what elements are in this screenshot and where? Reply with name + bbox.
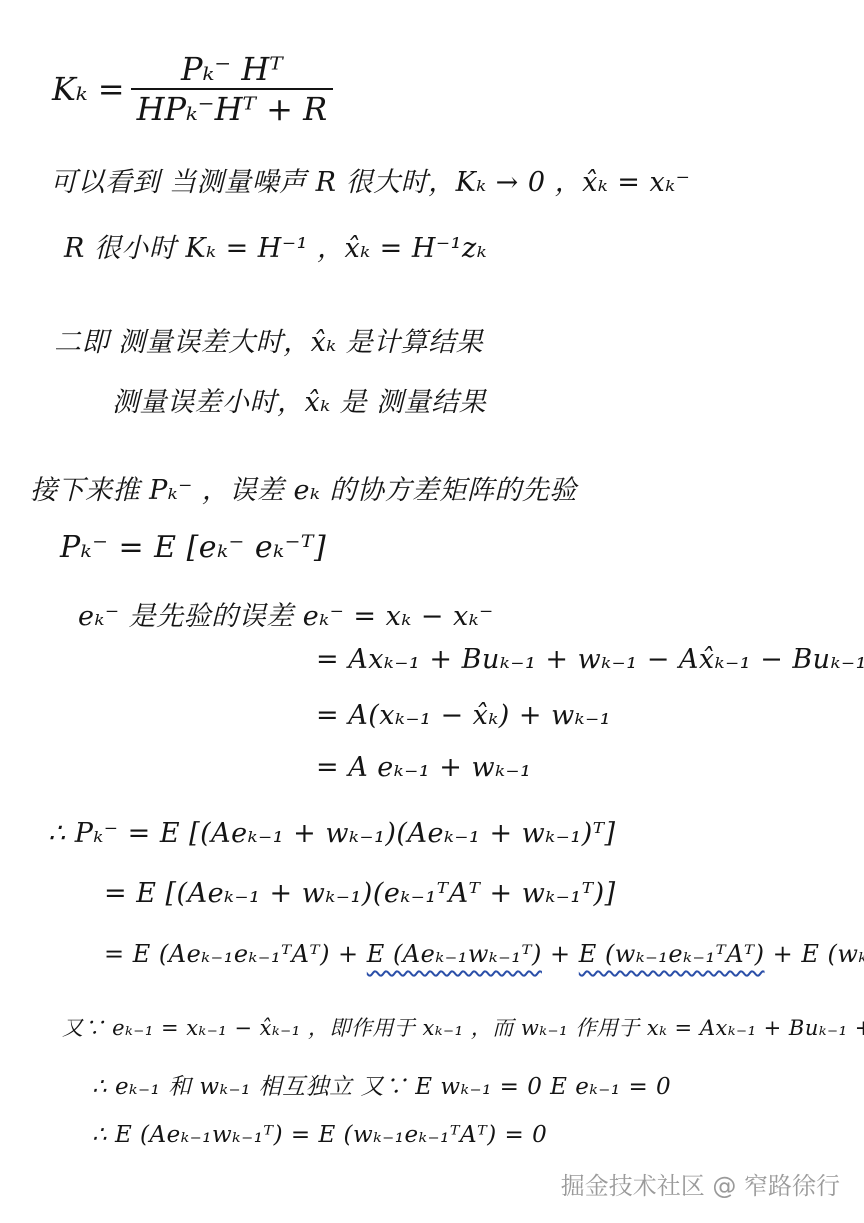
note-line-15: ∴ E (Aeₖ₋₁wₖ₋₁ᵀ) = E (wₖ₋₁eₖ₋₁ᵀAᵀ) = 0 xyxy=(92,1122,547,1148)
denominator: HPₖ⁻Hᵀ + R xyxy=(131,88,334,128)
expansion-line: = E (Aeₖ₋₁eₖ₋₁ᵀAᵀ) + E (Aeₖ₋₁wₖ₋₁ᵀ) + E … xyxy=(104,940,864,968)
note-line-4: 测量误差小时，x̂ₖ 是 测量结果 xyxy=(112,380,486,419)
fraction: Pₖ⁻ Hᵀ HPₖ⁻Hᵀ + R xyxy=(131,50,334,128)
note-line-14: ∴ eₖ₋₁ 和 wₖ₋₁ 相互独立 又∵ E wₖ₋₁ = 0 E eₖ₋₁ … xyxy=(92,1068,671,1101)
watermark: 掘金技术社区 @ 窄路徐行 xyxy=(561,1166,840,1201)
underlined-term-2: E (Aeₖ₋₁wₖ₋₁ᵀ) xyxy=(367,940,542,968)
note-line-3: 二即 测量误差大时，x̂ₖ 是计算结果 xyxy=(54,320,483,359)
note-line-5: 接下来推 Pₖ⁻ ，误差 eₖ 的协方差矩阵的先验 xyxy=(30,468,577,507)
note-line-8: = Axₖ₋₁ + Buₖ₋₁ + wₖ₋₁ − Ax̂ₖ₋₁ − Buₖ₋₁ xyxy=(316,644,864,675)
note-line-7: eₖ⁻ 是先验的误差 eₖ⁻ = xₖ − xₖ⁻ xyxy=(78,594,494,633)
note-line-10: = A eₖ₋₁ + wₖ₋₁ xyxy=(316,752,532,783)
formula-lhs: Kₖ = xyxy=(52,70,125,108)
note-line-11: ∴ Pₖ⁻ = E [(Aeₖ₋₁ + wₖ₋₁)(Aeₖ₋₁ + wₖ₋₁)ᵀ… xyxy=(48,818,616,849)
note-line-9: = A(xₖ₋₁ − x̂ₖ) + wₖ₋₁ xyxy=(316,700,611,731)
expansion-suffix: + E (wₖ₋₁wₖ₋₁ᵀ) xyxy=(765,940,864,968)
expansion-prefix: = E (Aeₖ₋₁eₖ₋₁ᵀAᵀ) + xyxy=(104,940,367,968)
note-line-2: R 很小时 Kₖ = H⁻¹ ，x̂ₖ = H⁻¹zₖ xyxy=(64,226,487,265)
numerator: Pₖ⁻ Hᵀ xyxy=(131,50,334,88)
underlined-term-3: E (wₖ₋₁eₖ₋₁ᵀAᵀ) xyxy=(579,940,765,968)
note-line-6: Pₖ⁻ = E [eₖ⁻ eₖ⁻ᵀ] xyxy=(60,530,326,565)
kalman-gain-formula: Kₖ = Pₖ⁻ Hᵀ HPₖ⁻Hᵀ + R xyxy=(52,50,333,128)
note-line-12: = E [(Aeₖ₋₁ + wₖ₋₁)(eₖ₋₁ᵀAᵀ + wₖ₋₁ᵀ)] xyxy=(104,878,616,909)
expansion-mid: + xyxy=(542,940,579,968)
note-line-13: 又∵ eₖ₋₁ = xₖ₋₁ − x̂ₖ₋₁ ，即作用于 xₖ₋₁ ，而 wₖ₋… xyxy=(62,1012,864,1042)
note-line-1: 可以看到 当测量噪声 R 很大时，Kₖ → 0 ，x̂ₖ = xₖ⁻ xyxy=(50,160,690,199)
